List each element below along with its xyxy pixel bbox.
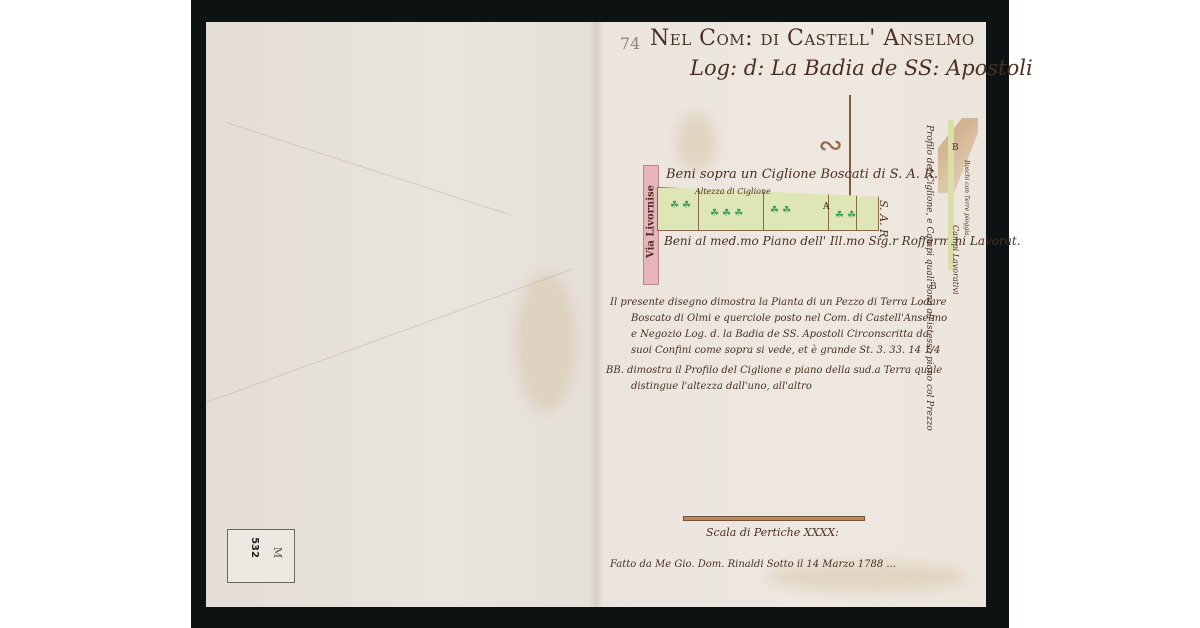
road-strip: Via Livornise [643,165,659,285]
north-boundary-label: Beni sopra un Ciglione Boscati di S. A. … [666,167,938,182]
signature-line: Fatto da Me Gio. Dom. Rinaldi Sotto il 1… [610,559,896,570]
east-boundary-label: S. A. R. [877,200,890,241]
paper-crease [226,122,512,216]
pencil-number: 74 [620,34,640,53]
profile-side-note: Campi Lavorativi [951,225,960,295]
tree-icon: ☘ ☘ [670,200,691,211]
water-stain [516,272,576,412]
tree-icon: ☘ ☘ [770,205,791,216]
north-arrow-icon [849,95,851,200]
south-boundary-label: Beni al med.mo Piano dell' Ill.mo Sig.r … [664,234,1021,248]
archive-label: 532 M [227,529,295,583]
description-line-1: Il presente disegno dimostra la Pianta d… [610,297,947,308]
road-label: Via Livornise [646,167,657,277]
ridge-label: Altezza di Ciglione [695,187,771,196]
description-line-5: BB. dimostra il Profilo del Ciglione e p… [606,365,942,376]
compass-ribbon-icon: ∾ [818,128,843,163]
scale-bar [683,516,865,521]
profile-caption: Profilo del Ciglione, e Campi quali sono… [924,125,934,431]
tree-icon: ☘ ☘ ☘ [710,208,743,219]
description-line-2: Boscato di Olmi e querciole posto nel Co… [631,313,947,324]
scale-label: Scala di Pertiche XXXX: [706,526,839,539]
tree-icon: ☘ ☘ [835,210,856,221]
description-line-6: distingue l'altezza dall'uno, all'altro [631,381,812,392]
archive-mark: M [271,547,284,558]
profile-letter-top: B [952,143,959,153]
water-stain [676,112,716,172]
title-line-2: Log: d: La Badia de SS: Apostoli [690,56,1033,80]
description-line-4: suoi Confini come sopra si vede, et è gr… [631,345,940,356]
description-line-3: e Negozio Log. d. la Badia de SS. Aposto… [631,329,929,340]
parcel-letter: A [823,202,830,212]
archive-number: 532 [249,537,260,558]
title-line-1: Nel Com: di Castell' Anselmo [650,26,975,51]
tree-note: Boschi con Terre pioggia [963,160,970,236]
